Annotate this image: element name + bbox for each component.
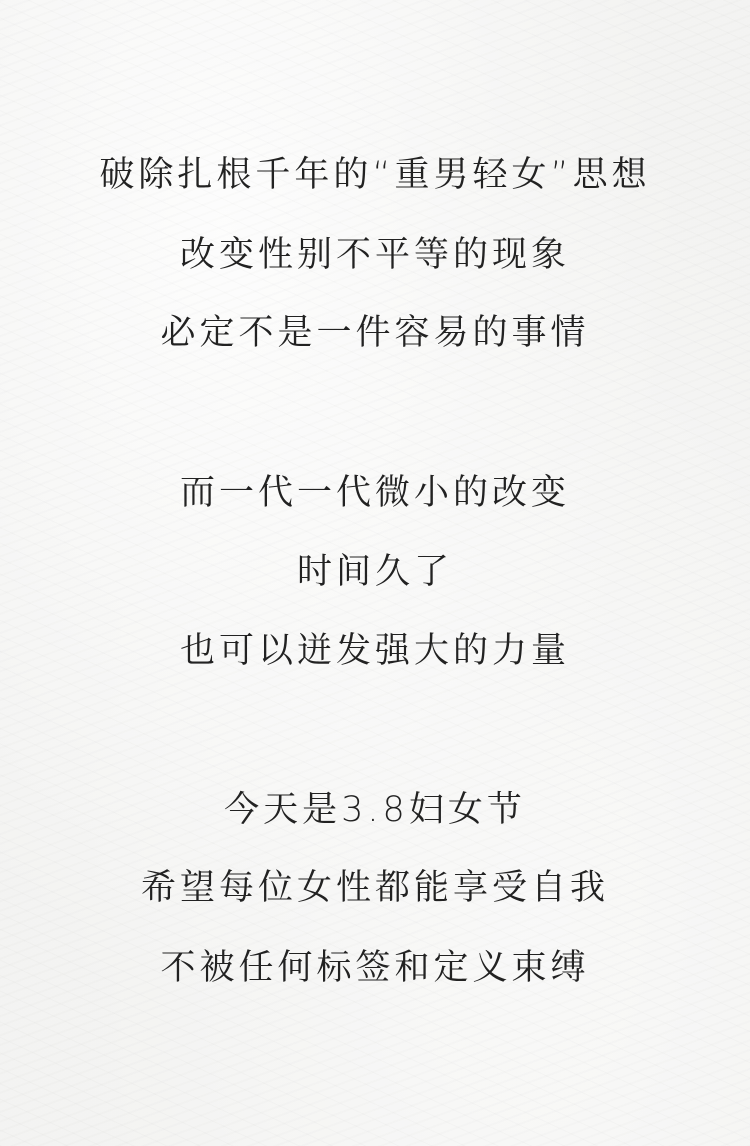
- poem-line: 而一代一代微小的改变: [0, 473, 750, 513]
- poem-line: 不被任何标签和定义束缚: [0, 948, 750, 988]
- poem-line: 必定不是一件容易的事情: [0, 313, 750, 353]
- poem-line: 也可以迸发强大的力量: [0, 631, 750, 671]
- poem-body: 破除扎根千年的“重男轻女”思想 改变性别不平等的现象 必定不是一件容易的事情 而…: [0, 0, 750, 1146]
- poem-line: 希望每位女性都能享受自我: [0, 868, 750, 908]
- poem-line: 今天是3.8妇女节: [0, 790, 750, 830]
- poem-line: 改变性别不平等的现象: [0, 235, 750, 275]
- poem-line: 破除扎根千年的“重男轻女”思想: [0, 155, 750, 195]
- poem-line: 时间久了: [0, 552, 750, 592]
